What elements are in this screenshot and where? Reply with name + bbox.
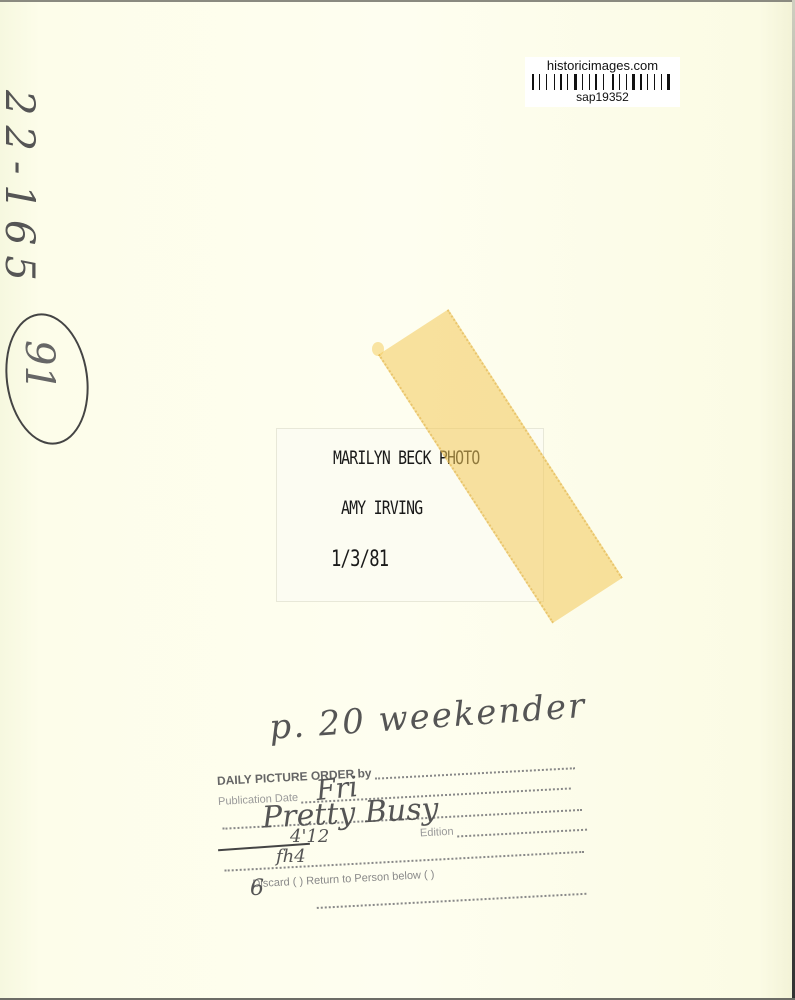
order-form-edition-row: Edition [420, 819, 587, 840]
barcode-sticker: historicimages.com sap19352 [525, 57, 680, 107]
photo-subject: AMY IRVING [341, 497, 422, 519]
dotted-line [375, 764, 575, 779]
photo-date: 1/3/81 [331, 547, 388, 572]
discard-return-label: Discard ( ) Return to Person below ( ) [252, 869, 435, 891]
pencil-vertical-note: 22-165 [0, 90, 42, 291]
order-form-row [313, 883, 586, 909]
barcode-icon [532, 74, 674, 90]
dotted-line [457, 826, 587, 838]
pencil-circled-number: 91 [16, 340, 62, 391]
photo-back-page: historicimages.com sap19352 22-165 91 MA… [0, 0, 795, 1000]
handwritten-mark: 6 [250, 876, 264, 901]
handwritten-page-note: p. 20 weekender [268, 686, 588, 748]
edition-label: Edition [420, 826, 454, 840]
dotted-line [317, 890, 587, 909]
order-form-discard-row: Discard ( ) Return to Person below ( ) [252, 869, 435, 891]
barcode-id-text: sap19352 [525, 90, 680, 104]
handwritten-code: fh4 [276, 846, 306, 867]
barcode-site-text: historicimages.com [525, 58, 680, 73]
page-edge-top [0, 0, 795, 2]
